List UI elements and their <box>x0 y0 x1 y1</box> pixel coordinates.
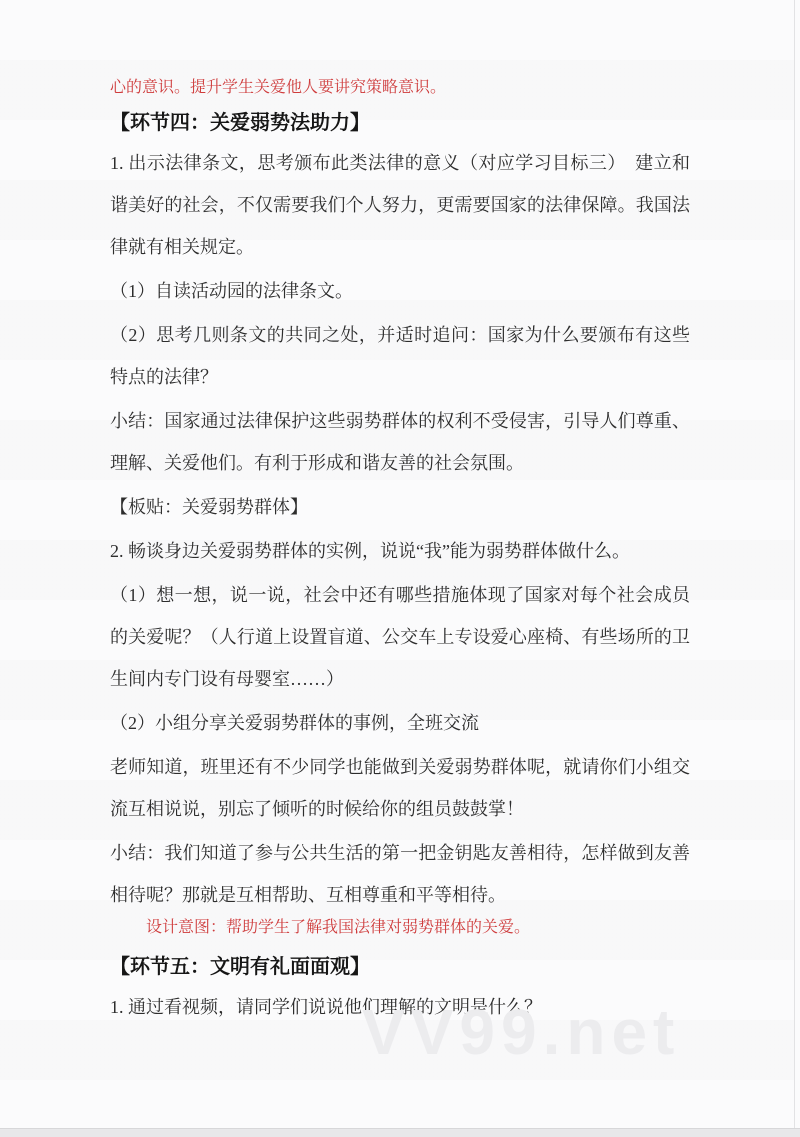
document-content: 心的意识。提升学生关爱他人要讲究策略意识。【环节四：关爱弱势法助力】1. 出示法… <box>110 78 690 1028</box>
page-right-gutter <box>795 0 800 1137</box>
document-page: 心的意识。提升学生关爱他人要讲究策略意识。【环节四：关爱弱势法助力】1. 出示法… <box>0 0 800 1137</box>
bottom-strip <box>0 1128 800 1137</box>
body-paragraph: 小结：国家通过法律保护这些弱势群体的权利不受侵害，引导人们尊重、理解、关爱他们。… <box>110 400 690 484</box>
section-heading: 【环节五：文明有礼面面观】 <box>110 954 690 980</box>
body-paragraph: （1）自读活动园的法律条文。 <box>110 270 690 312</box>
body-paragraph: （1）想一想，说一说，社会中还有哪些措施体现了国家对每个社会成员的关爱呢？（人行… <box>110 574 690 700</box>
body-paragraph: 2. 畅谈身边关爱弱势群体的实例，说说“我”能为弱势群体做什么。 <box>110 530 690 572</box>
design-intent-note: 设计意图：帮助学生了解我国法律对弱势群体的关爱。 <box>110 914 690 942</box>
body-paragraph: （2）小组分享关爱弱势群体的事例，全班交流 <box>110 702 690 744</box>
body-paragraph: 【板贴：关爱弱势群体】 <box>110 486 690 528</box>
body-paragraph: 1. 出示法律条文，思考颁布此类法律的意义（对应学习目标三） 建立和谐美好的社会… <box>110 142 690 268</box>
body-paragraph: （2）思考几则条文的共同之处，并适时追问：国家为什么要颁布有这些特点的法律？ <box>110 314 690 398</box>
page-right-edge-line <box>794 0 795 1137</box>
watermark-text: VV99.net <box>362 995 680 1069</box>
body-paragraph: 老师知道，班里还有不少同学也能做到关爱弱势群体呢，就请你们小组交流互相说说，别忘… <box>110 746 690 830</box>
section-heading: 【环节四：关爱弱势法助力】 <box>110 110 690 136</box>
red-continuation-line: 心的意识。提升学生关爱他人要讲究策略意识。 <box>110 78 690 98</box>
body-paragraph: 小结：我们知道了参与公共生活的第一把金钥匙友善相待，怎样做到友善相待呢？那就是互… <box>110 832 690 916</box>
